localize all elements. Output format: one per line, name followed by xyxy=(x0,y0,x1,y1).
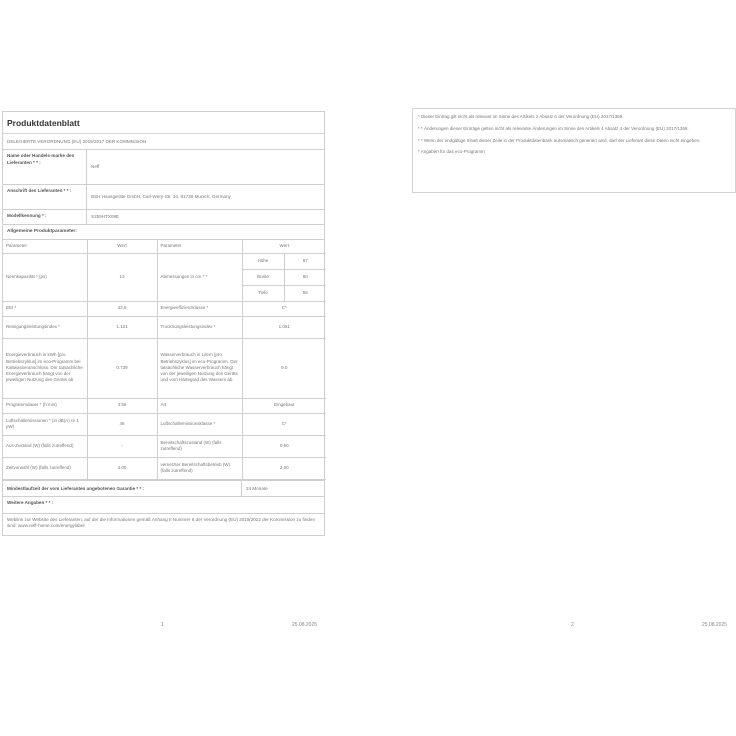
page-number: 1 xyxy=(161,622,164,628)
further-info-heading: Weitere Angaben * * : xyxy=(3,496,324,513)
dim-value: 60 xyxy=(284,269,326,285)
supplier-address-value: BSH Hausgeräte GmbH, Carl-Wery-Str. 34, … xyxy=(87,185,324,209)
guarantee-label: Mindestlaufzeit der vom Lieferanten ange… xyxy=(3,481,242,496)
param-label: Energieverbrauch in kWh [pro Betriebszyk… xyxy=(3,338,87,398)
param-label: EEI * xyxy=(3,301,87,316)
dim-label: Höhe xyxy=(242,253,284,269)
param-value: 1.061 xyxy=(242,316,326,338)
supplier-name-row: Name oder Handels-marke des Lieferanten … xyxy=(3,150,324,185)
param-value: - xyxy=(87,435,157,457)
param-value: Eingebaut xyxy=(242,398,326,413)
param-label: Luftschallemissionen * (in dB(A) re 1 pW… xyxy=(3,413,87,435)
param-value: 4.00 xyxy=(87,457,157,479)
param-label: Zeitvorwahl (W) (falls zutreffend) xyxy=(3,457,87,479)
table-row: Energieverbrauch in kWh [pro Betriebszyk… xyxy=(3,338,326,398)
table-row: Programmdauer * (h:min) 4:55 Art Eingeba… xyxy=(3,398,326,413)
guarantee-row: Mindestlaufzeit der vom Lieferanten ange… xyxy=(3,480,324,496)
param-label: Bereitschaftszustand (W) (falls zutreffe… xyxy=(157,435,242,457)
supplier-name-value: Neff xyxy=(87,150,324,184)
param-value: C* xyxy=(242,301,326,316)
param-value: 9.0 xyxy=(242,338,326,398)
param-label: Aus-Zustand (W) (falls zutreffend) xyxy=(3,435,87,457)
param-label: Art xyxy=(157,398,242,413)
footnote: * Dieser Eintrag gilt nicht als relevant… xyxy=(418,114,730,120)
table-row: Luftschallemissionen * (in dB(A) re 1 pW… xyxy=(3,413,326,435)
param-label: Trocknungsleistungsindex * xyxy=(157,316,242,338)
param-label: Luftschallemissionsklasse * xyxy=(157,413,242,435)
dim-value: 87 xyxy=(284,253,326,269)
general-params-heading: Allgemeine Produktparameter: xyxy=(3,225,324,240)
param-label: Reinigungsleistungsindex * xyxy=(3,316,87,338)
table-row: Nennkapazität * (ps) 13 Abmessungen in c… xyxy=(3,253,326,269)
table-row: Reinigungsleistungsindex * 1.121 Trocknu… xyxy=(3,316,326,338)
param-label: Abmessungen in cm * * xyxy=(157,253,242,301)
param-value: 0.739 xyxy=(87,338,157,398)
param-label: Nennkapazität * (ps) xyxy=(3,253,87,301)
params-table: Parameter Wert Parameter Wert Nennkapazi… xyxy=(3,240,326,480)
param-value: 2.00 xyxy=(242,457,326,479)
page-title: Produktdatenblatt xyxy=(3,112,324,134)
header-parameter: Parameter xyxy=(3,240,87,253)
model-row: Modellkennung * : S259HTX08E xyxy=(3,210,324,225)
footnotes-page-2: * Dieser Eintrag gilt nicht als relevant… xyxy=(412,108,736,193)
table-row: Zeitvorwahl (W) (falls zutreffend) 4.00 … xyxy=(3,457,326,479)
table-header-row: Parameter Wert Parameter Wert xyxy=(3,240,326,253)
param-value: 43,9 xyxy=(87,301,157,316)
param-value: 1.121 xyxy=(87,316,157,338)
dim-label: Tiefe xyxy=(242,285,284,301)
param-value: 0.50 xyxy=(242,435,326,457)
param-value: 13 xyxy=(87,253,157,301)
header-parameter: Parameter xyxy=(157,240,242,253)
param-value: 46 xyxy=(87,413,157,435)
supplier-name-label: Name oder Handels-marke des Lieferanten … xyxy=(3,150,87,184)
param-label: Energieeffizienzklasse * xyxy=(157,301,242,316)
supplier-address-row: Anschrift des Lieferanten * * : BSH Haus… xyxy=(3,185,324,210)
table-row: EEI * 43,9 Energieeffizienzklasse * C* xyxy=(3,301,326,316)
footnote: * Angaben für das eco-Programm xyxy=(418,149,730,155)
product-datasheet-page-1: Produktdatenblatt DELEGIERTE VERORDNUNG … xyxy=(2,111,325,536)
param-label: Programmdauer * (h:min) xyxy=(3,398,87,413)
footnote: * * Änderungen dieser Einträge gelten ni… xyxy=(418,126,730,132)
table-row: Aus-Zustand (W) (falls zutreffend) - Ber… xyxy=(3,435,326,457)
header-value: Wert xyxy=(87,240,157,253)
model-label: Modellkennung * : xyxy=(3,210,87,224)
model-value: S259HTX08E xyxy=(87,210,324,224)
dim-label: Breite xyxy=(242,269,284,285)
page-date: 25.08.2025 xyxy=(292,622,317,628)
further-info-text: Weblink zur Website des Lieferanten, auf… xyxy=(3,513,324,535)
param-label: vernetzter Bereitschaftsbetrieb (W) (fal… xyxy=(157,457,242,479)
supplier-address-label: Anschrift des Lieferanten * * : xyxy=(3,185,87,209)
page-date: 25.08.2025 xyxy=(702,622,727,628)
dim-value: 55 xyxy=(284,285,326,301)
guarantee-value: 24 Monate xyxy=(242,481,324,496)
param-value: C* xyxy=(242,413,326,435)
param-label: Wasserverbrauch in Litern [pro Betriebsz… xyxy=(157,338,242,398)
page-number: 2 xyxy=(571,622,574,628)
header-value: Wert xyxy=(242,240,326,253)
param-value: 4:55 xyxy=(87,398,157,413)
footnote: * * Wenn der endgültige Inhalt dieser Ze… xyxy=(418,138,730,144)
regulation-subtitle: DELEGIERTE VERORDNUNG (EU) 2019/2017 DER… xyxy=(3,134,324,150)
